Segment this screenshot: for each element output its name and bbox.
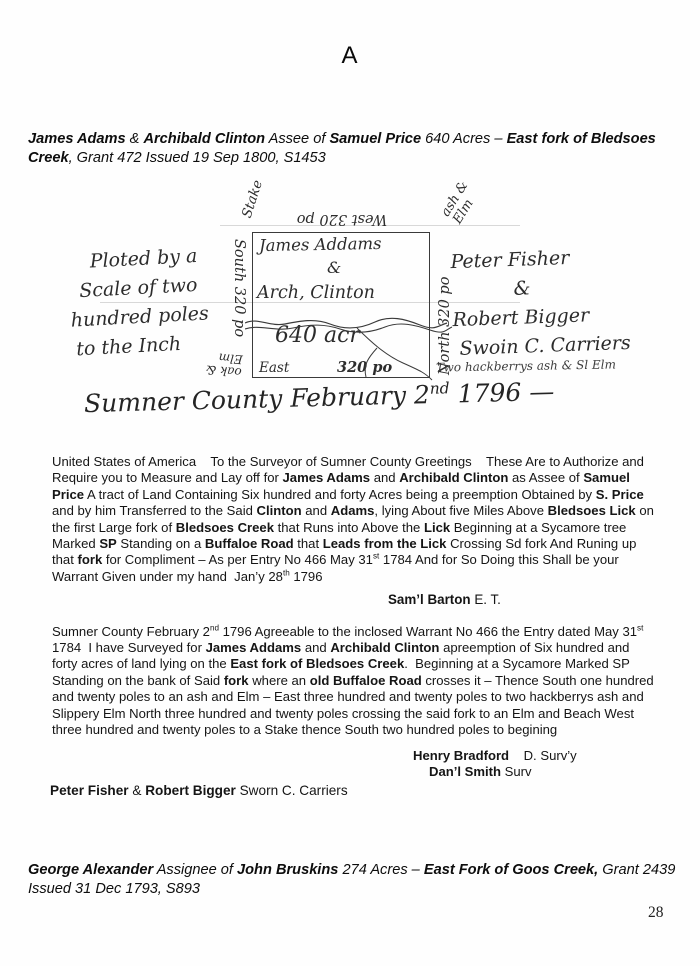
plat-date-line: Sumner County February 2nd 1796 — xyxy=(84,377,555,418)
signature-chain-carriers: Peter Fisher & Robert Bigger Sworn C. Ca… xyxy=(50,783,656,799)
section-letter-heading: A xyxy=(0,42,700,70)
plat-corner-ash-elm: ash &Elm xyxy=(439,179,483,226)
plat-ampersand: & xyxy=(327,258,341,277)
plat-owner-name-1: James Addams xyxy=(259,234,382,255)
survey-paragraph: Sumner County February 2nd 1796 Agreeabl… xyxy=(52,624,656,739)
entry-header-george-alexander: George Alexander Assignee of John Bruski… xyxy=(28,861,678,898)
page-number: 28 xyxy=(648,904,664,922)
entry-header-adams-clinton: James Adams & Archibald Clinton Assee of… xyxy=(28,130,678,167)
warrant-paragraph: United States of America To the Surveyor… xyxy=(52,454,656,585)
signature-barton: Sam’l Barton E. T. xyxy=(388,592,656,608)
plat-edge-label-west: West 320 po xyxy=(272,211,412,227)
document-page: A James Adams & Archibald Clinton Assee … xyxy=(0,0,700,966)
plat-tree-note: Two hackberrys ash & Sl Elm xyxy=(436,357,616,374)
plat-owner-name-2: Arch, Clinton xyxy=(257,283,375,303)
signature-bradford: Henry Bradford D. Surv’y xyxy=(413,748,656,764)
plat-corner-oak-elm: oak &Elm xyxy=(205,349,243,378)
plat-scale-note: Ploted by aScale of twohundred polesto t… xyxy=(67,241,211,364)
survey-plat-scan: Ploted by aScale of twohundred polesto t… xyxy=(40,195,680,447)
signature-smith: Dan’l Smith Surv xyxy=(429,764,656,780)
transcription-body: United States of America To the Surveyor… xyxy=(52,454,656,800)
plat-corner-stake: Stake xyxy=(239,178,266,220)
